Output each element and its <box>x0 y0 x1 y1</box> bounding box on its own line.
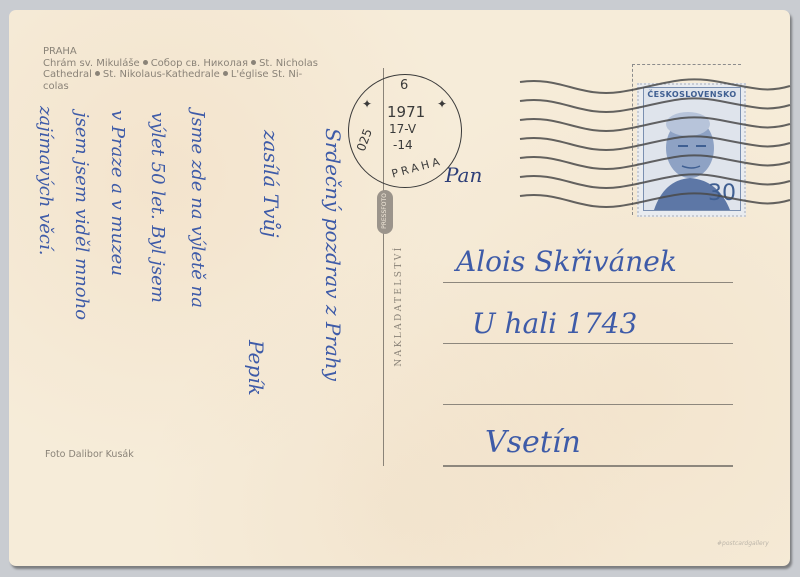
message-line: zasílá Tvůj <box>259 130 283 238</box>
message-line: Srdečný pozdrav z Prahy <box>321 128 345 381</box>
postmark-code: 025 <box>354 127 375 153</box>
message-line: Jsme zde na výletě na <box>187 110 208 308</box>
star-icon: ✦ <box>362 97 372 111</box>
message-line: zajímavých věcí. <box>35 106 56 255</box>
postmark-city: PRAHA <box>390 154 444 180</box>
message-line: jsem jsem viděl mnoho <box>71 112 92 320</box>
watermark: #postcardgallery <box>717 540 769 547</box>
postmark-date: 17-V <box>389 122 416 136</box>
postmark-time: -14 <box>393 138 413 152</box>
message-line: v Praze a v muzeu <box>107 110 128 276</box>
postmark-year: 1971 <box>387 103 425 121</box>
postmark: 6 ✦ ✦ 1971 17-V -14 025 PRAHA <box>348 74 462 188</box>
star-icon: ✦ <box>437 97 447 111</box>
message-line: výlet 50 let. Byl jsem <box>147 112 168 303</box>
message-line: Pepík <box>244 340 268 396</box>
